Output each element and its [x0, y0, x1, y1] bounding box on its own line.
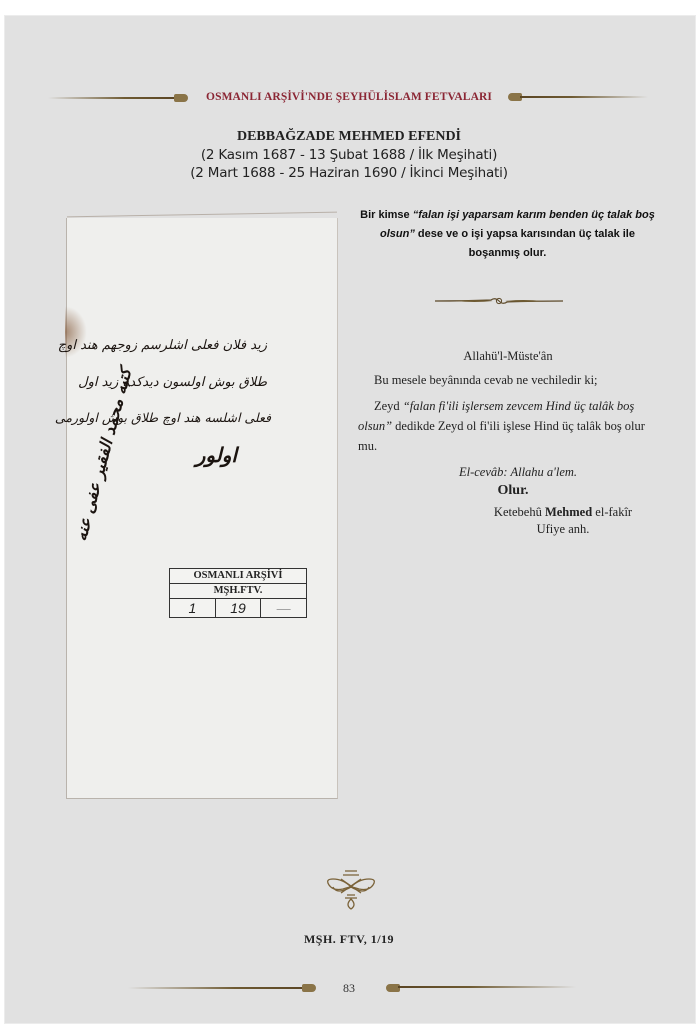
- signature-post: el-fakîr: [592, 505, 632, 519]
- invocation: Allahü'l-Müste'ân: [358, 346, 658, 366]
- stamp-cell: 19: [216, 599, 262, 617]
- answer-text: Olur.: [498, 483, 529, 498]
- stamp-cell: —: [261, 599, 306, 617]
- divider-ornament-icon: [435, 297, 563, 305]
- question-lead: Zeyd: [374, 399, 403, 413]
- signature-name: Mehmed: [545, 505, 592, 519]
- fatwa-text: Allahü'l-Müste'ân Bu mesele beyânında ce…: [358, 346, 658, 538]
- page-number: 83: [0, 981, 698, 996]
- manuscript-line: طلاق بوش اولسون دیدکده زید اول: [78, 375, 267, 390]
- summary-prefix: Bir kimse: [360, 209, 413, 221]
- manuscript-line: فعلی اشلسه هند اوچ طلاق بوش اولورمی: [55, 410, 271, 425]
- stamp-cell: 1: [170, 599, 216, 617]
- stamp-archive-name: OSMANLI ARŞİVİ: [170, 569, 306, 584]
- first-term: (2 Kasım 1687 - 13 Şubat 1688 / İlk Meşi…: [0, 146, 698, 164]
- header-rule-right: [520, 96, 648, 98]
- question-intro: Bu mesele beyânında cevab ne vechiledir …: [358, 370, 658, 390]
- signature-line2: Ufiye anh.: [358, 521, 658, 538]
- signature: Ketebehû Mehmed el-fakîr: [358, 504, 658, 521]
- answer: Olur.: [358, 482, 658, 500]
- manuscript-line: زید فلان فعلی اشلرسم زوجهم هند اوچ: [58, 338, 267, 353]
- knot-ornament-icon: [323, 865, 379, 911]
- question: Zeyd “falan fi'ili işlersem zevcem Hind …: [358, 396, 658, 456]
- archive-reference: MŞH. FTV, 1/19: [0, 932, 698, 947]
- answer-intro: El-cevâb: Allahu a'lem.: [358, 462, 658, 482]
- stamp-number-row: 1 19 —: [170, 599, 306, 617]
- summary-suffix: dese ve o işi yapsa karısından üç talak …: [415, 228, 635, 259]
- fatwa-summary: Bir kimse “falan işi yaparsam karım bend…: [355, 206, 660, 263]
- question-rest: dedikde Zeyd ol fi'ili işlese Hind üç ta…: [358, 419, 645, 453]
- title-block: DEBBAĞZADE MEHMED EFENDİ (2 Kasım 1687 -…: [0, 128, 698, 182]
- stamp-fund-code: MŞH.FTV.: [170, 584, 306, 599]
- footer-rule-right: [398, 986, 576, 988]
- manuscript-image: زید فلان فعلی اشلرسم زوجهم هند اوچ طلاق …: [66, 218, 338, 799]
- second-term: (2 Mart 1688 - 25 Haziran 1690 / İkinci …: [0, 164, 698, 182]
- sheikh-name: DEBBAĞZADE MEHMED EFENDİ: [0, 128, 698, 146]
- manuscript-signature: کتبه محمد الفقیر عفی عنه: [71, 366, 135, 543]
- manuscript-answer: اولور: [196, 443, 237, 467]
- archive-stamp: OSMANLI ARŞİVİ MŞH.FTV. 1 19 —: [169, 568, 307, 618]
- answer-intro-text: El-cevâb: Allahu a'lem.: [459, 465, 577, 479]
- signature-pre: Ketebehû: [494, 505, 545, 519]
